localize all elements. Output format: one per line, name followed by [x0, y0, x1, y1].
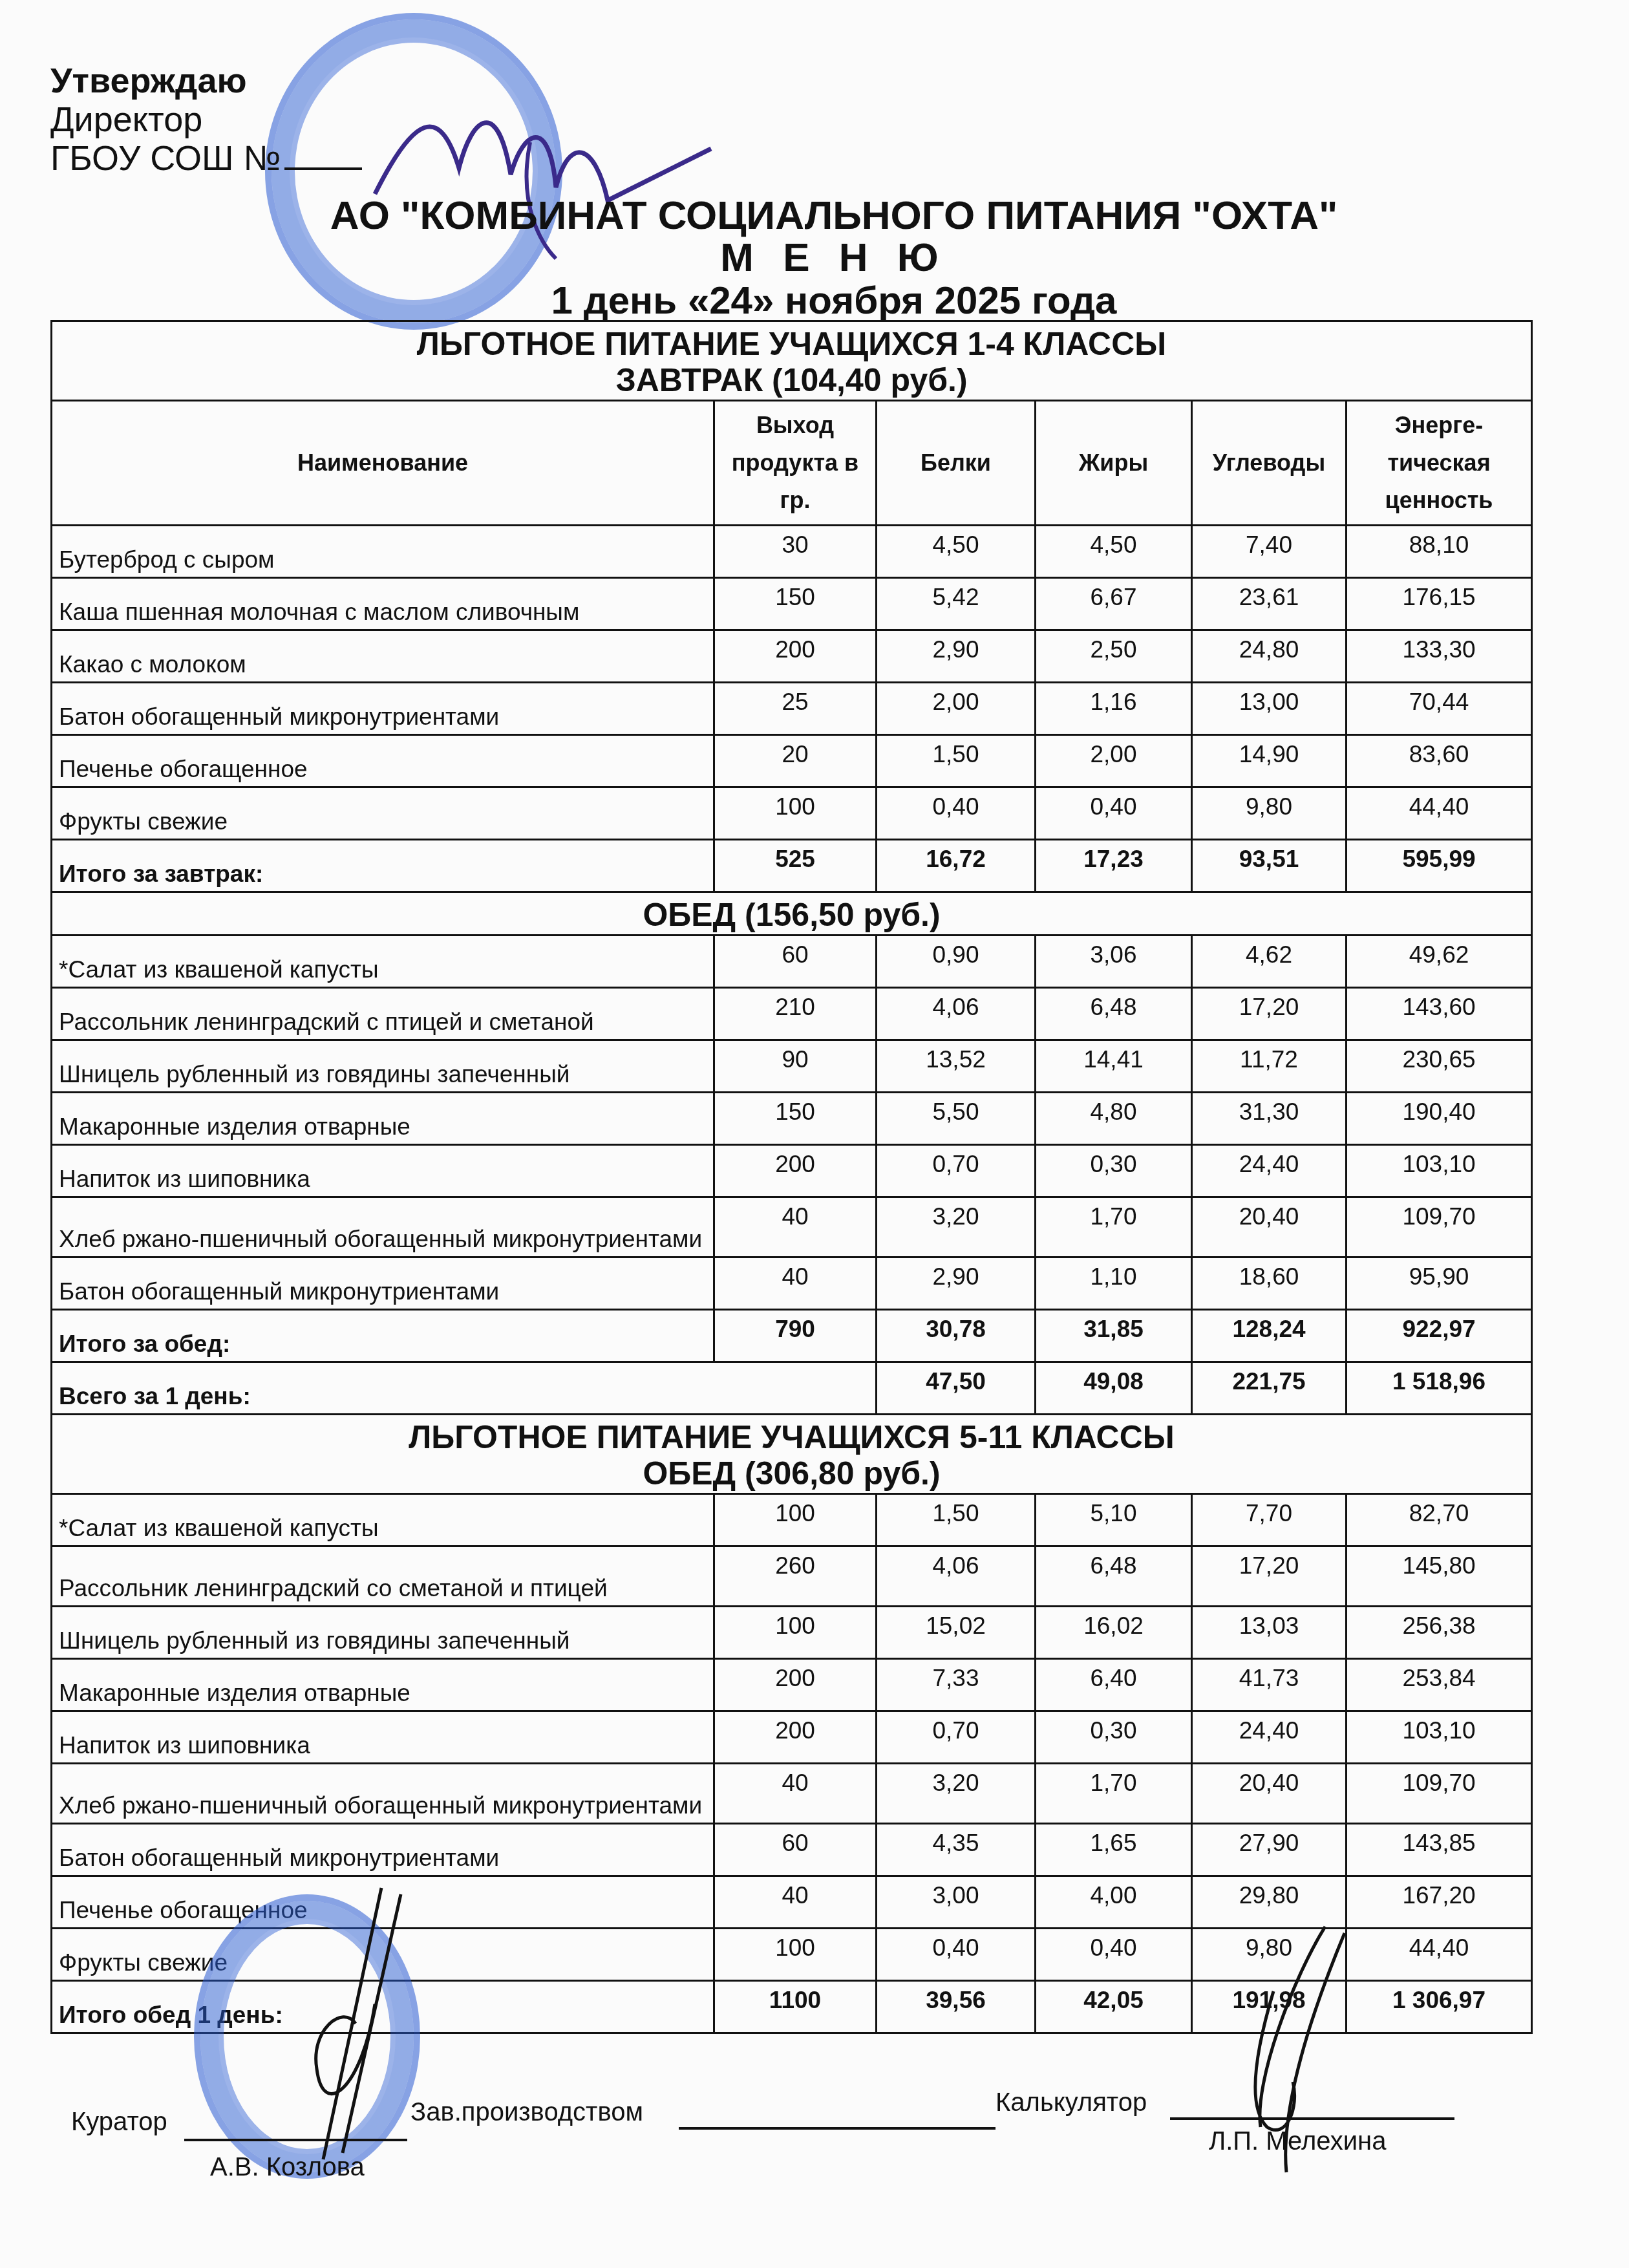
item-output: 260: [714, 1546, 877, 1607]
item-energy: 109,70: [1347, 1764, 1532, 1824]
item-output: 60: [714, 936, 877, 988]
menu-item-row: Какао с молоком2002,902,5024,80133,30: [52, 630, 1532, 683]
item-output: 100: [714, 1494, 877, 1546]
item-name: Каша пшенная молочная с маслом сливочным: [52, 578, 714, 630]
item-name: Печенье обогащенное: [52, 1876, 714, 1929]
menu-item-row: Фрукты свежие1000,400,409,8044,40: [52, 787, 1532, 840]
item-output: 200: [714, 630, 877, 683]
item-energy: 167,20: [1347, 1876, 1532, 1929]
item-name: Батон обогащенный микронутриентами: [52, 1824, 714, 1876]
item-output: 40: [714, 1257, 877, 1310]
item-fat: 2,00: [1036, 735, 1192, 787]
item-fat: 5,10: [1036, 1494, 1192, 1546]
item-energy: 44,40: [1347, 787, 1532, 840]
item-fat: 0,40: [1036, 787, 1192, 840]
section-5-11-lunch: ЛЬГОТНОЕ ПИТАНИЕ УЧАЩИХСЯ 5-11 КЛАССЫОБЕ…: [52, 1415, 1532, 1494]
item-name: Фрукты свежие: [52, 1929, 714, 1981]
item-carbs: 9,80: [1192, 787, 1347, 840]
item-name: Шницель рубленный из говядины запеченный: [52, 1607, 714, 1659]
item-energy: 253,84: [1347, 1659, 1532, 1711]
calculator-label: Калькулятор: [995, 2088, 1147, 2117]
menu-item-row: *Салат из квашеной капусты600,903,064,62…: [52, 936, 1532, 988]
item-fat: 31,85: [1036, 1310, 1192, 1362]
menu-item-row: Печенье обогащенное201,502,0014,9083,60: [52, 735, 1532, 787]
menu-item-row: Батон обогащенный микронутриентами402,90…: [52, 1257, 1532, 1310]
item-energy: 49,62: [1347, 936, 1532, 988]
item-energy: 103,10: [1347, 1145, 1532, 1197]
menu-item-row: Фрукты свежие1000,400,409,8044,40: [52, 1929, 1532, 1981]
menu-item-row: Макаронные изделия отварные2007,336,4041…: [52, 1659, 1532, 1711]
item-energy: 176,15: [1347, 578, 1532, 630]
item-protein: 4,35: [877, 1824, 1036, 1876]
approval-school: ГБОУ СОШ №: [50, 139, 281, 178]
item-protein: 1,50: [877, 735, 1036, 787]
item-energy: 133,30: [1347, 630, 1532, 683]
column-header-name: Наименование: [52, 401, 714, 526]
item-energy: 1 518,96: [1347, 1362, 1532, 1415]
column-header-row: НаименованиеВыход продукта в гр.БелкиЖир…: [52, 401, 1532, 526]
item-protein: 0,40: [877, 1929, 1036, 1981]
item-fat: 2,50: [1036, 630, 1192, 683]
item-output: 150: [714, 578, 877, 630]
item-carbs: 13,03: [1192, 1607, 1347, 1659]
menu-item-row: Хлеб ржано-пшеничный обогащенный микрону…: [52, 1764, 1532, 1824]
item-name: Хлеб ржано-пшеничный обогащенный микрону…: [52, 1197, 714, 1257]
item-output: 100: [714, 1929, 877, 1981]
section-1-4-breakfast-group-title: ЛЬГОТНОЕ ПИТАНИЕ УЧАЩИХСЯ 1-4 КЛАССЫ: [52, 326, 1531, 362]
item-name: *Салат из квашеной капусты: [52, 1494, 714, 1546]
item-protein: 3,00: [877, 1876, 1036, 1929]
item-protein: 0,90: [877, 936, 1036, 988]
item-fat: 1,65: [1036, 1824, 1192, 1876]
item-energy: 88,10: [1347, 526, 1532, 578]
item-protein: 7,33: [877, 1659, 1036, 1711]
item-output: 30: [714, 526, 877, 578]
company-name: АО "КОМБИНАТ СОЦИАЛЬНОГО ПИТАНИЯ "ОХТА": [0, 194, 1629, 238]
item-carbs: 24,40: [1192, 1711, 1347, 1764]
day-total-row: Всего за 1 день:47,5049,08221,751 518,96: [52, 1362, 1532, 1415]
item-protein: 16,72: [877, 840, 1036, 892]
production-signature-line: [679, 2127, 995, 2130]
item-fat: 0,30: [1036, 1711, 1192, 1764]
item-carbs: 221,75: [1192, 1362, 1347, 1415]
item-energy: 70,44: [1347, 683, 1532, 735]
item-energy: 83,60: [1347, 735, 1532, 787]
item-protein: 2,90: [877, 630, 1036, 683]
item-carbs: 41,73: [1192, 1659, 1347, 1711]
item-output: 40: [714, 1197, 877, 1257]
section-5-11-lunch-group-title: ЛЬГОТНОЕ ПИТАНИЕ УЧАЩИХСЯ 5-11 КЛАССЫ: [52, 1419, 1531, 1455]
item-energy: 230,65: [1347, 1040, 1532, 1093]
item-name: Фрукты свежие: [52, 787, 714, 840]
section-1-4-breakfast-meal-title: ЗАВТРАК (104,40 руб.): [52, 362, 1531, 398]
item-output: 200: [714, 1659, 877, 1711]
column-header-carbs: Углеводы: [1192, 401, 1347, 526]
section-5-11-lunch-meal-title: ОБЕД (306,80 руб.): [52, 1455, 1531, 1492]
section-1-4-lunch-title: ОБЕД (156,50 руб.): [52, 892, 1532, 936]
menu-item-row: Рассольник ленинградский с птицей и смет…: [52, 988, 1532, 1040]
item-energy: 103,10: [1347, 1711, 1532, 1764]
item-name: Батон обогащенный микронутриентами: [52, 1257, 714, 1310]
menu-item-row: Шницель рубленный из говядины запеченный…: [52, 1040, 1532, 1093]
column-header-energy: Энерге-тическая ценность: [1347, 401, 1532, 526]
item-output: 100: [714, 1607, 877, 1659]
item-carbs: 93,51: [1192, 840, 1347, 892]
item-fat: 42,05: [1036, 1981, 1192, 2033]
item-output: 200: [714, 1145, 877, 1197]
item-name: Макаронные изделия отварные: [52, 1659, 714, 1711]
section-1-4-lunch: ОБЕД (156,50 руб.): [52, 892, 1532, 936]
item-protein: 4,06: [877, 988, 1036, 1040]
item-name: Печенье обогащенное: [52, 735, 714, 787]
item-carbs: 191,98: [1192, 1981, 1347, 2033]
menu-item-row: Батон обогащенный микронутриентами252,00…: [52, 683, 1532, 735]
item-fat: 6,40: [1036, 1659, 1192, 1711]
item-protein: 30,78: [877, 1310, 1036, 1362]
item-protein: 47,50: [877, 1362, 1036, 1415]
menu-table: ЛЬГОТНОЕ ПИТАНИЕ УЧАЩИХСЯ 1-4 КЛАССЫЗАВТ…: [50, 320, 1533, 2034]
item-output: 40: [714, 1764, 877, 1824]
menu-item-row: Напиток из шиповника2000,700,3024,40103,…: [52, 1145, 1532, 1197]
item-name: Итого обед 1 день:: [52, 1981, 714, 2033]
menu-item-row: Макаронные изделия отварные1505,504,8031…: [52, 1093, 1532, 1145]
item-name: Напиток из шиповника: [52, 1711, 714, 1764]
item-carbs: 24,80: [1192, 630, 1347, 683]
approval-heading: Утверждаю: [50, 61, 362, 100]
item-carbs: 27,90: [1192, 1824, 1347, 1876]
school-number-blank: [284, 139, 362, 170]
calculator-name: Л.П. Мелехина: [1209, 2127, 1386, 2156]
item-protein: 15,02: [877, 1607, 1036, 1659]
item-energy: 256,38: [1347, 1607, 1532, 1659]
menu-item-row: Бутерброд с сыром304,504,507,4088,10: [52, 526, 1532, 578]
item-fat: 16,02: [1036, 1607, 1192, 1659]
item-energy: 145,80: [1347, 1546, 1532, 1607]
item-fat: 1,16: [1036, 683, 1192, 735]
item-protein: 4,06: [877, 1546, 1036, 1607]
item-fat: 0,40: [1036, 1929, 1192, 1981]
item-output: 60: [714, 1824, 877, 1876]
item-protein: 5,50: [877, 1093, 1036, 1145]
column-header-output: Выход продукта в гр.: [714, 401, 877, 526]
item-fat: 1,70: [1036, 1197, 1192, 1257]
column-header-protein: Белки: [877, 401, 1036, 526]
item-output: 525: [714, 840, 877, 892]
item-name: Бутерброд с сыром: [52, 526, 714, 578]
item-carbs: 29,80: [1192, 1876, 1347, 1929]
item-carbs: 13,00: [1192, 683, 1347, 735]
menu-item-row: Рассольник ленинградский со сметаной и п…: [52, 1546, 1532, 1607]
menu-item-row: Каша пшенная молочная с маслом сливочным…: [52, 578, 1532, 630]
item-output: [714, 1362, 877, 1415]
item-fat: 4,50: [1036, 526, 1192, 578]
item-protein: 0,70: [877, 1145, 1036, 1197]
item-energy: 143,85: [1347, 1824, 1532, 1876]
item-fat: 6,48: [1036, 988, 1192, 1040]
item-protein: 3,20: [877, 1197, 1036, 1257]
item-fat: 6,48: [1036, 1546, 1192, 1607]
item-carbs: 7,70: [1192, 1494, 1347, 1546]
item-carbs: 9,80: [1192, 1929, 1347, 1981]
document-title: М Е Н Ю: [0, 238, 1629, 278]
item-fat: 14,41: [1036, 1040, 1192, 1093]
menu-item-row: Батон обогащенный микронутриентами604,35…: [52, 1824, 1532, 1876]
menu-item-row: Напиток из шиповника2000,700,3024,40103,…: [52, 1711, 1532, 1764]
approval-position: Директор: [50, 100, 362, 139]
item-name: Всего за 1 день:: [52, 1362, 714, 1415]
lunch-5-11-total-row: Итого обед 1 день:110039,5642,05191,981 …: [52, 1981, 1532, 2033]
item-output: 790: [714, 1310, 877, 1362]
item-carbs: 18,60: [1192, 1257, 1347, 1310]
item-name: Итого за завтрак:: [52, 840, 714, 892]
item-protein: 0,40: [877, 787, 1036, 840]
item-output: 100: [714, 787, 877, 840]
item-carbs: 31,30: [1192, 1093, 1347, 1145]
item-name: Батон обогащенный микронутриентами: [52, 683, 714, 735]
calculator-signature-line: [1170, 2117, 1454, 2120]
item-energy: 44,40: [1347, 1929, 1532, 1981]
item-output: 25: [714, 683, 877, 735]
item-fat: 1,10: [1036, 1257, 1192, 1310]
signature-footer: Куратор А.В. Козлова Зав.производством К…: [71, 2082, 1532, 2185]
item-name: Шницель рубленный из говядины запеченный: [52, 1040, 714, 1093]
item-name: Итого за обед:: [52, 1310, 714, 1362]
item-carbs: 11,72: [1192, 1040, 1347, 1093]
item-fat: 4,80: [1036, 1093, 1192, 1145]
breakfast-total-row: Итого за завтрак:52516,7217,2393,51595,9…: [52, 840, 1532, 892]
curator-name: А.В. Козлова: [210, 2153, 365, 2182]
item-output: 210: [714, 988, 877, 1040]
item-protein: 5,42: [877, 578, 1036, 630]
document-header: АО "КОМБИНАТ СОЦИАЛЬНОГО ПИТАНИЯ "ОХТА" …: [0, 194, 1629, 323]
item-protein: 0,70: [877, 1711, 1036, 1764]
item-carbs: 23,61: [1192, 578, 1347, 630]
item-energy: 190,40: [1347, 1093, 1532, 1145]
item-fat: 0,30: [1036, 1145, 1192, 1197]
item-energy: 143,60: [1347, 988, 1532, 1040]
item-energy: 922,97: [1347, 1310, 1532, 1362]
item-fat: 3,06: [1036, 936, 1192, 988]
item-protein: 39,56: [877, 1981, 1036, 2033]
item-name: Напиток из шиповника: [52, 1145, 714, 1197]
item-carbs: 24,40: [1192, 1145, 1347, 1197]
item-energy: 82,70: [1347, 1494, 1532, 1546]
menu-item-row: Печенье обогащенное403,004,0029,80167,20: [52, 1876, 1532, 1929]
curator-signature-line: [184, 2139, 407, 2141]
item-protein: 13,52: [877, 1040, 1036, 1093]
item-fat: 6,67: [1036, 578, 1192, 630]
item-protein: 2,90: [877, 1257, 1036, 1310]
item-fat: 49,08: [1036, 1362, 1192, 1415]
item-protein: 3,20: [877, 1764, 1036, 1824]
curator-label: Куратор: [71, 2108, 167, 2137]
item-carbs: 17,20: [1192, 1546, 1347, 1607]
item-energy: 109,70: [1347, 1197, 1532, 1257]
lunch-total-row: Итого за обед:79030,7831,85128,24922,97: [52, 1310, 1532, 1362]
item-protein: 2,00: [877, 683, 1036, 735]
item-fat: 4,00: [1036, 1876, 1192, 1929]
menu-date: 1 день «24» ноября 2025 года: [0, 278, 1629, 323]
menu-item-row: Хлеб ржано-пшеничный обогащенный микрону…: [52, 1197, 1532, 1257]
item-protein: 1,50: [877, 1494, 1036, 1546]
item-output: 40: [714, 1876, 877, 1929]
item-output: 150: [714, 1093, 877, 1145]
menu-item-row: Шницель рубленный из говядины запеченный…: [52, 1607, 1532, 1659]
item-carbs: 7,40: [1192, 526, 1347, 578]
item-output: 200: [714, 1711, 877, 1764]
item-fat: 17,23: [1036, 840, 1192, 892]
item-carbs: 14,90: [1192, 735, 1347, 787]
item-name: Хлеб ржано-пшеничный обогащенный микрону…: [52, 1764, 714, 1824]
item-output: 1100: [714, 1981, 877, 2033]
item-name: *Салат из квашеной капусты: [52, 936, 714, 988]
section-1-4-breakfast: ЛЬГОТНОЕ ПИТАНИЕ УЧАЩИХСЯ 1-4 КЛАССЫЗАВТ…: [52, 321, 1532, 401]
item-carbs: 128,24: [1192, 1310, 1347, 1362]
item-energy: 1 306,97: [1347, 1981, 1532, 2033]
item-carbs: 20,40: [1192, 1197, 1347, 1257]
item-carbs: 20,40: [1192, 1764, 1347, 1824]
item-carbs: 17,20: [1192, 988, 1347, 1040]
item-name: Рассольник ленинградский со сметаной и п…: [52, 1546, 714, 1607]
item-output: 90: [714, 1040, 877, 1093]
item-energy: 95,90: [1347, 1257, 1532, 1310]
item-name: Макаронные изделия отварные: [52, 1093, 714, 1145]
item-fat: 1,70: [1036, 1764, 1192, 1824]
item-output: 20: [714, 735, 877, 787]
item-energy: 595,99: [1347, 840, 1532, 892]
item-name: Рассольник ленинградский с птицей и смет…: [52, 988, 714, 1040]
item-protein: 4,50: [877, 526, 1036, 578]
column-header-fat: Жиры: [1036, 401, 1192, 526]
menu-item-row: *Салат из квашеной капусты1001,505,107,7…: [52, 1494, 1532, 1546]
production-label: Зав.производством: [410, 2098, 643, 2127]
item-name: Какао с молоком: [52, 630, 714, 683]
approval-block: Утверждаю Директор ГБОУ СОШ №: [50, 61, 362, 178]
item-carbs: 4,62: [1192, 936, 1347, 988]
